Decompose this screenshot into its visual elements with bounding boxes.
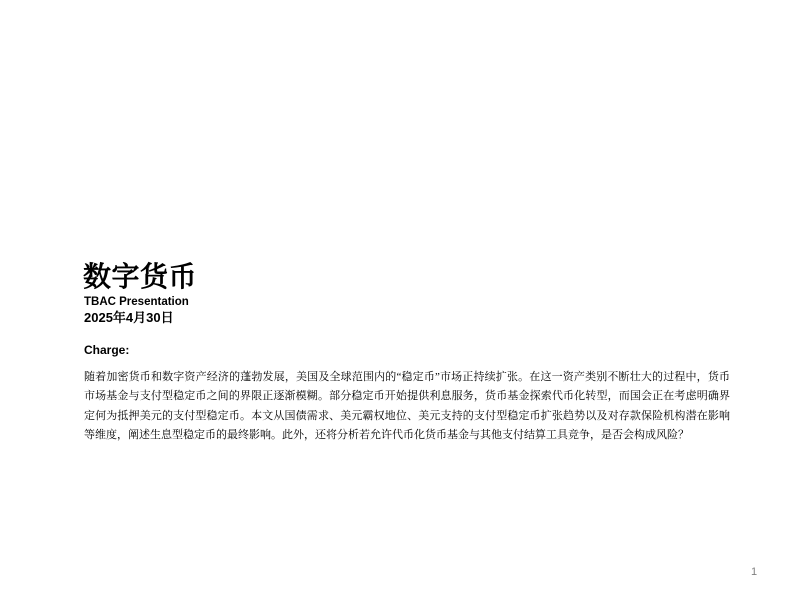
charge-section-label: Charge: <box>84 343 129 357</box>
charge-body-paragraph: 随着加密货币和数字资产经济的蓬勃发展，美国及全球范围内的“稳定币”市场正持续扩张… <box>84 368 730 446</box>
slide-title: 数字货币 <box>83 262 197 294</box>
presentation-date: 2025年4月30日 <box>84 310 174 326</box>
presentation-byline: TBAC Presentation <box>84 295 189 309</box>
slide-page: 数字货币 TBAC Presentation 2025年4月30日 Charge… <box>0 0 792 612</box>
page-number: 1 <box>751 566 757 578</box>
